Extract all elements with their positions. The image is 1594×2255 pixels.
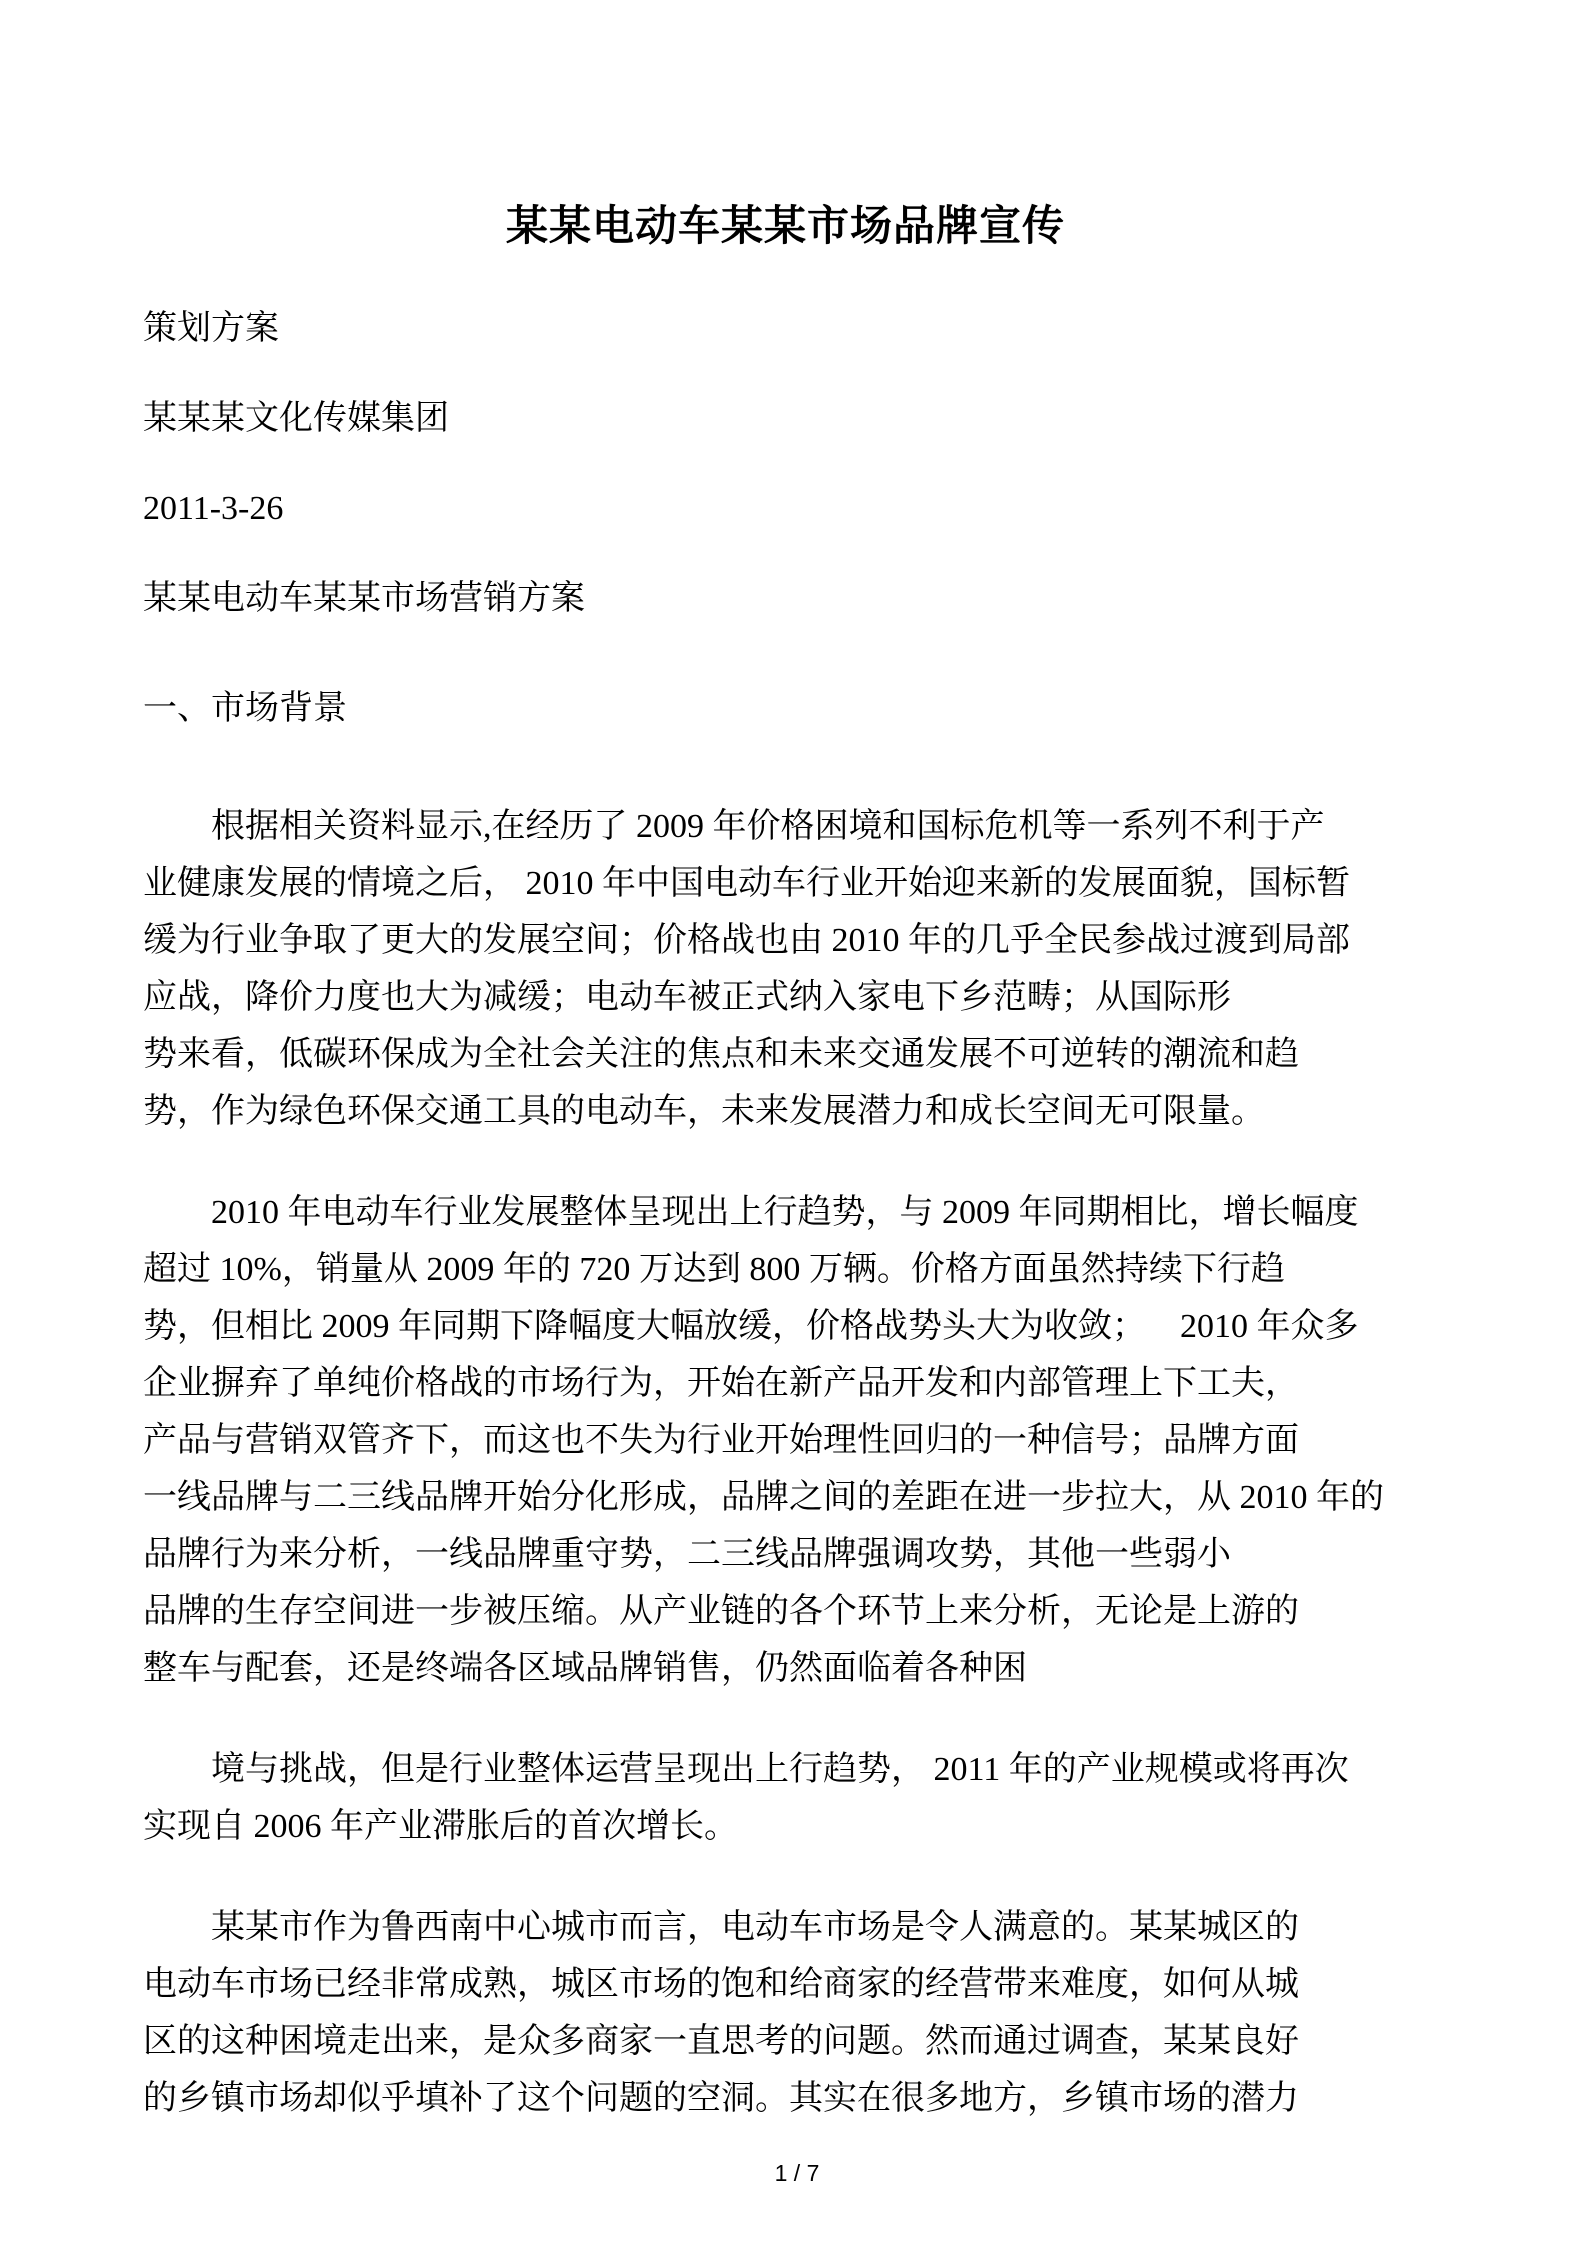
meta-line-date: 2011-3-26 <box>143 492 1428 526</box>
paragraph-2011-outlook: 境与挑战，但是行业整体运营呈现出上行趋势， 2011 年的产业规模或将再次 实现… <box>143 1741 1428 1855</box>
paragraph-2010-trends: 2010 年电动车行业发展整体呈现出上行趋势，与 2009 年同期相比，增长幅度… <box>143 1184 1428 1697</box>
meta-line-subtitle: 某某电动车某某市场营销方案 <box>143 582 1428 616</box>
meta-line-plan-type: 策划方案 <box>143 312 1428 346</box>
section-heading-market-background: 一、市场背景 <box>143 692 1428 726</box>
document-page: 某某电动车某某市场品牌宣传 策划方案 某某某文化传媒集团 2011-3-26 某… <box>0 0 1594 2255</box>
paragraph-industry-2009-2010: 根据相关资料显示,在经历了 2009 年价格困境和国标危机等一系列不利于产 业健… <box>143 798 1428 1140</box>
page-number: 1 / 7 <box>0 2160 1594 2187</box>
meta-line-company: 某某某文化传媒集团 <box>143 402 1428 436</box>
document-title: 某某电动车某某市场品牌宣传 <box>143 202 1428 252</box>
meta-block: 策划方案 某某某文化传媒集团 2011-3-26 某某电动车某某市场营销方案 一… <box>143 312 1428 726</box>
document-content: 某某电动车某某市场品牌宣传 策划方案 某某某文化传媒集团 2011-3-26 某… <box>143 0 1428 2171</box>
paragraph-local-market: 某某市作为鲁西南中心城市而言，电动车市场是令人满意的。某某城区的 电动车市场已经… <box>143 1899 1428 2127</box>
body-text: 根据相关资料显示,在经历了 2009 年价格困境和国标危机等一系列不利于产 业健… <box>143 798 1428 2127</box>
